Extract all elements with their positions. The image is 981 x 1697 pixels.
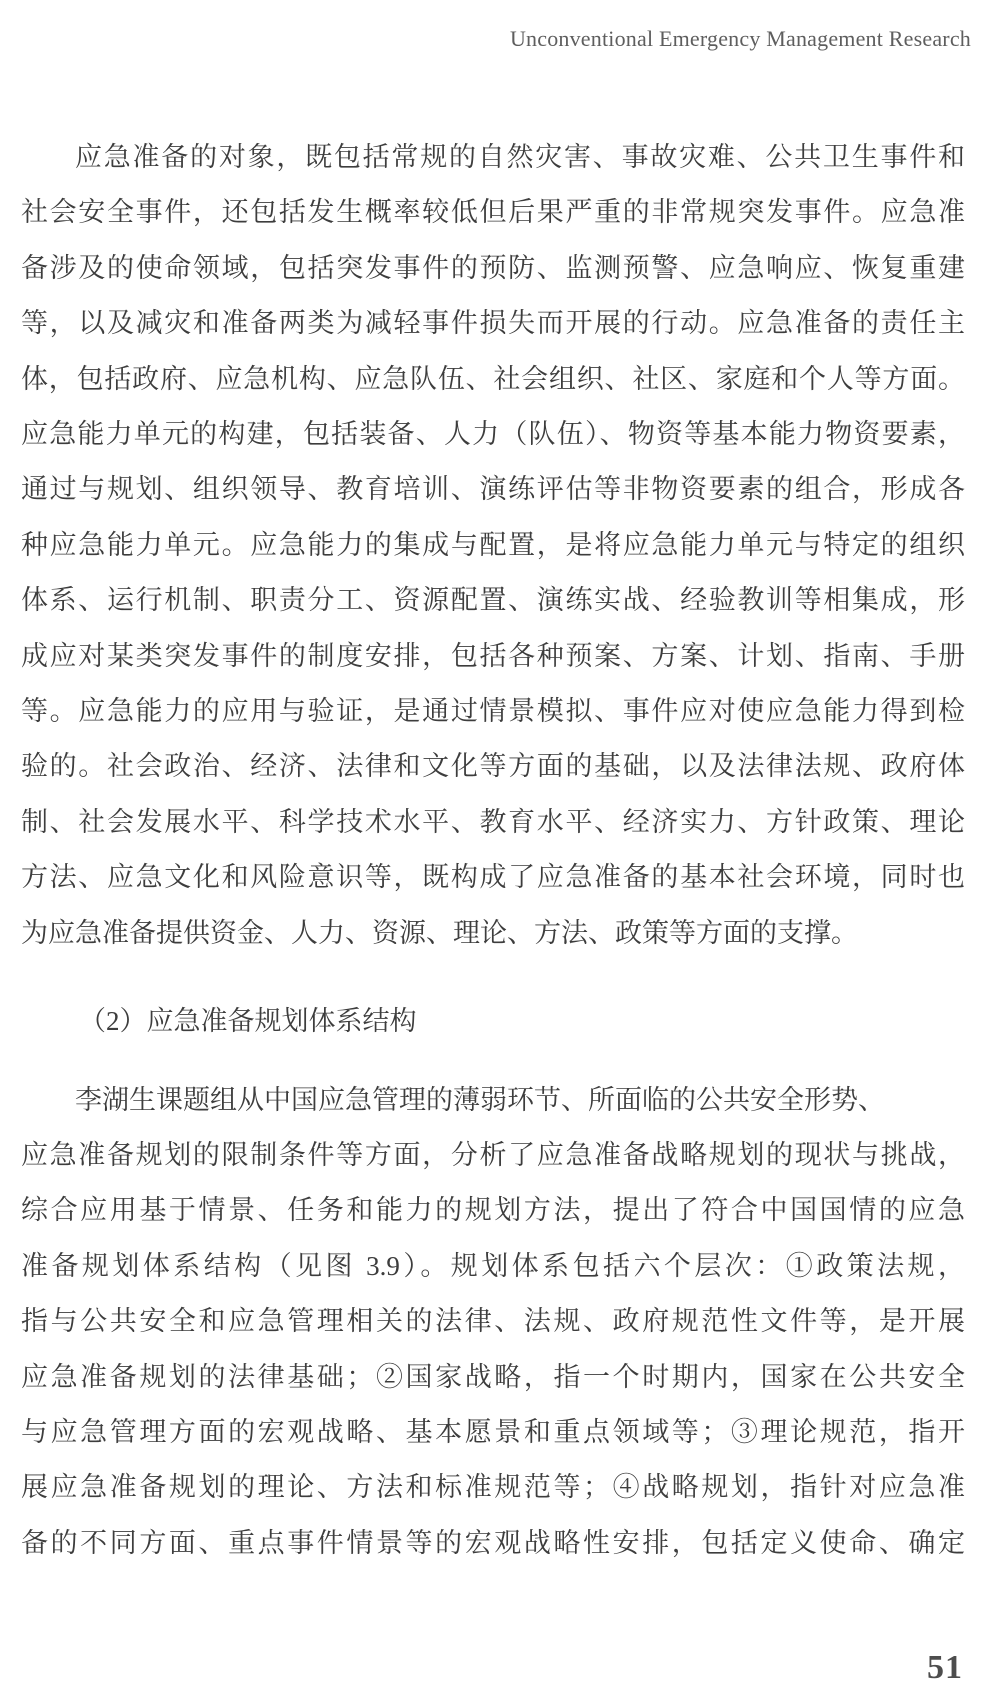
section-heading: （2）应急准备规划体系结构 (21, 994, 965, 1049)
text-line: 准备规划体系结构（见图 3.9）。规划体系包括六个层次：①政策法规， (21, 1239, 965, 1294)
text-line: 社会安全事件，还包括发生概率较低但后果严重的非常规突发事件。应急准 (21, 185, 965, 240)
text-line: 体，包括政府、应急机构、应急队伍、社会组织、社区、家庭和个人等方面。 (21, 352, 965, 407)
text-line: 等，以及减灾和准备两类为减轻事件损失而开展的行动。应急准备的责任主 (21, 296, 965, 351)
text-line: 方法、应急文化和风险意识等，既构成了应急准备的基本社会环境，同时也 (21, 850, 965, 905)
text-line: 备的不同方面、重点事件情景等的宏观战略性安排，包括定义使命、确定 (21, 1516, 965, 1571)
text-line: 应急准备规划的法律基础；②国家战略，指一个时期内，国家在公共安全 (21, 1350, 965, 1405)
running-header: Unconventional Emergency Management Rese… (21, 26, 971, 52)
text-line: 李湖生课题组从中国应急管理的薄弱环节、所面临的公共安全形势、 (21, 1073, 965, 1128)
text-line: 应急准备的对象，既包括常规的自然灾害、事故灾难、公共卫生事件和 (21, 130, 965, 185)
text-line: 备涉及的使命领域，包括突发事件的预防、监测预警、应急响应、恢复重建 (21, 241, 965, 296)
text-line: 综合应用基于情景、任务和能力的规划方法，提出了符合中国国情的应急 (21, 1183, 965, 1238)
text-line: 等。应急能力的应用与验证，是通过情景模拟、事件应对使应急能力得到检 (21, 684, 965, 739)
text-line: 通过与规划、组织领导、教育培训、演练评估等非物资要素的组合，形成各 (21, 462, 965, 517)
text-line: 应急能力单元的构建，包括装备、人力（队伍）、物资等基本能力物资要素， (21, 407, 965, 462)
text-line: 种应急能力单元。应急能力的集成与配置，是将应急能力单元与特定的组织 (21, 518, 965, 573)
paragraph-emergency-preparedness: 应急准备的对象，既包括常规的自然灾害、事故灾难、公共卫生事件和 社会安全事件，还… (21, 130, 965, 961)
text-line: 为应急准备提供资金、人力、资源、理论、方法、政策等方面的支撑。 (21, 906, 965, 961)
text-line: 与应急管理方面的宏观战略、基本愿景和重点领域等；③理论规范，指开 (21, 1405, 965, 1460)
text-line: 应急准备规划的限制条件等方面，分析了应急准备战略规划的现状与挑战， (21, 1128, 965, 1183)
text-line: 成应对某类突发事件的制度安排，包括各种预案、方案、计划、指南、手册 (21, 629, 965, 684)
document-page: Unconventional Emergency Management Rese… (0, 0, 981, 1697)
paragraph-planning-system: 李湖生课题组从中国应急管理的薄弱环节、所面临的公共安全形势、 应急准备规划的限制… (21, 1073, 965, 1572)
text-line: 展应急准备规划的理论、方法和标准规范等；④战略规划，指针对应急准 (21, 1460, 965, 1515)
text-line: 指与公共安全和应急管理相关的法律、法规、政府规范性文件等，是开展 (21, 1294, 965, 1349)
text-line: 验的。社会政治、经济、法律和文化等方面的基础，以及法律法规、政府体 (21, 739, 965, 794)
text-line: 体系、运行机制、职责分工、资源配置、演练实战、经验教训等相集成，形 (21, 573, 965, 628)
text-line: 制、社会发展水平、科学技术水平、教育水平、经济实力、方针政策、理论 (21, 795, 965, 850)
page-body: 应急准备的对象，既包括常规的自然灾害、事故灾难、公共卫生事件和 社会安全事件，还… (21, 130, 965, 1571)
page-number: 51 (927, 1649, 963, 1687)
